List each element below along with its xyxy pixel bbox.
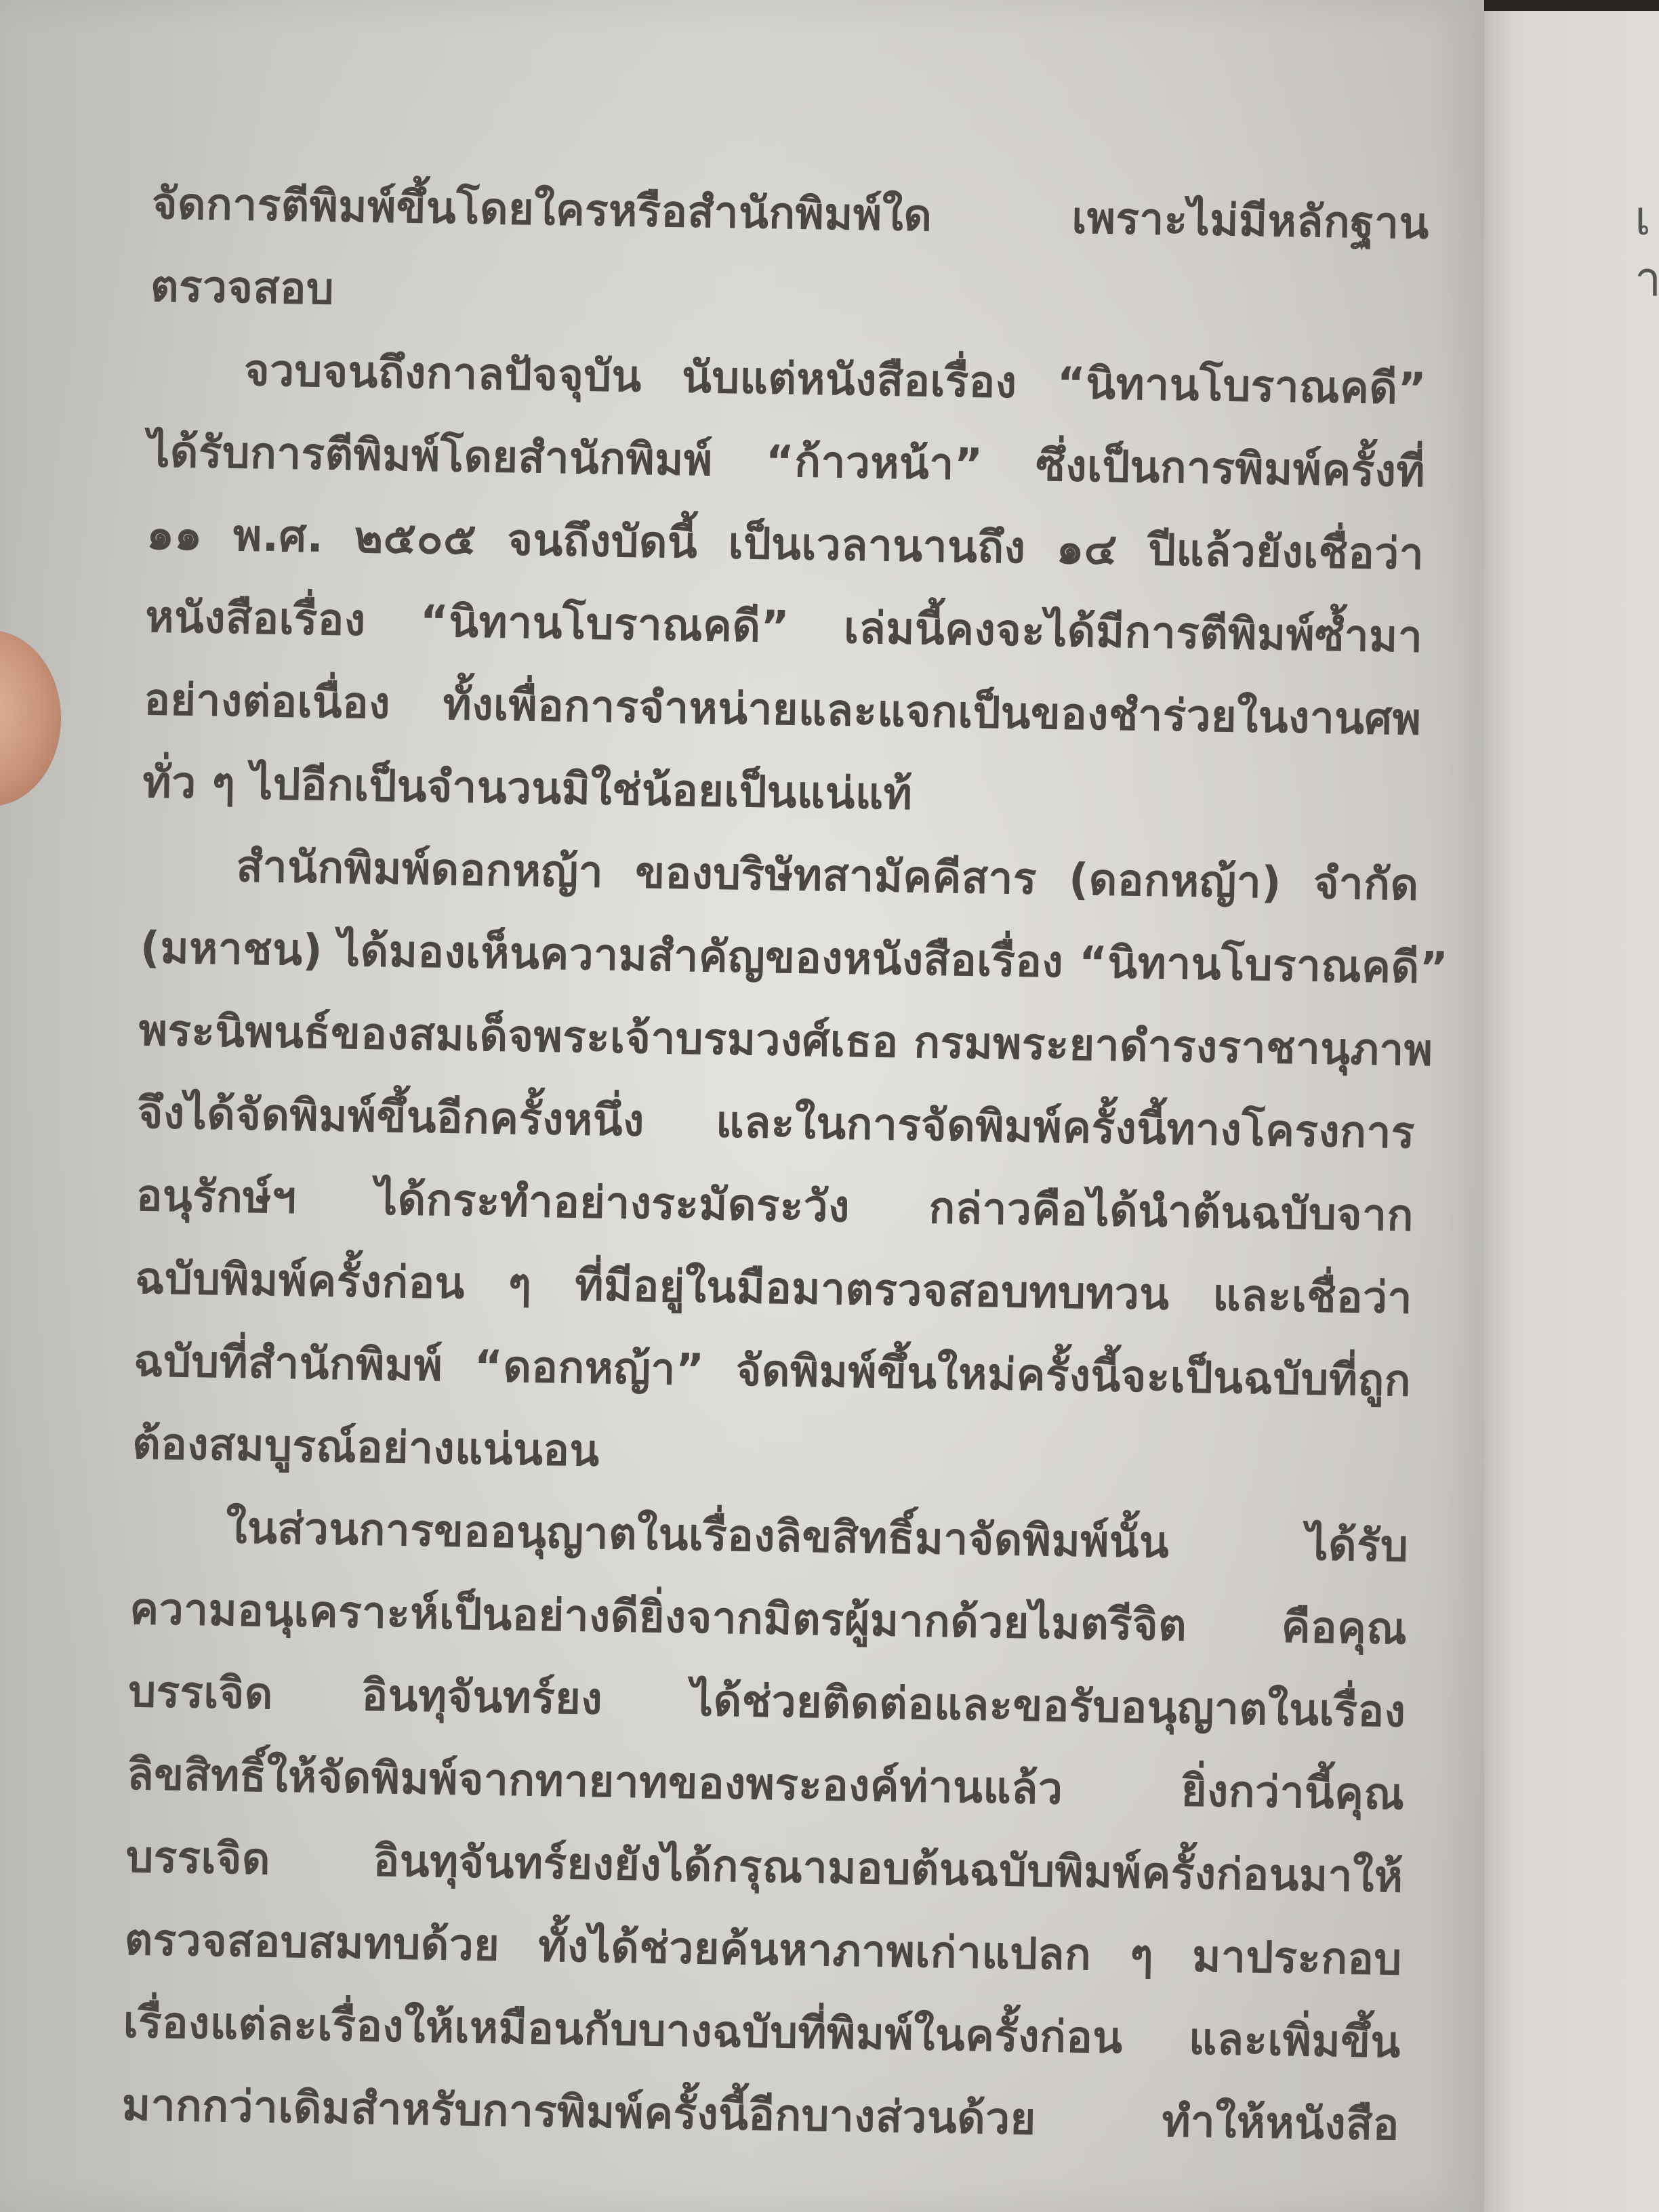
adjacent-page: เ า — [1477, 11, 1659, 2212]
book-page: จัดการตีพิมพ์ขึ้นโดยใครหรือสำนักพิมพ์ใด … — [0, 0, 1484, 2212]
paragraph: สำนักพิมพ์ดอกหญ้า ของบริษัทสามัคคีสาร (ด… — [131, 824, 1419, 1505]
photo-scene: เ า จัดการตีพิมพ์ขึ้นโดยใครหรือสำนักพิมพ… — [0, 0, 1659, 2212]
paragraph: จวบจนถึงกาลปัจจุบัน นับแต่หนังสือเรื่อง … — [142, 328, 1427, 844]
paragraph: จัดการตีพิมพ์ขึ้นโดยใครหรือสำนักพิมพ์ใด … — [150, 163, 1430, 348]
paragraph: ในส่วนการขออนุญาตในเรื่องลิขสิทธิ์มาจัดพ… — [121, 1486, 1409, 2167]
page-body-text: จัดการตีพิมพ์ขึ้นโดยใครหรือสำนักพิมพ์ใด … — [121, 163, 1430, 2167]
adjacent-page-fragment: า — [1635, 241, 1659, 316]
